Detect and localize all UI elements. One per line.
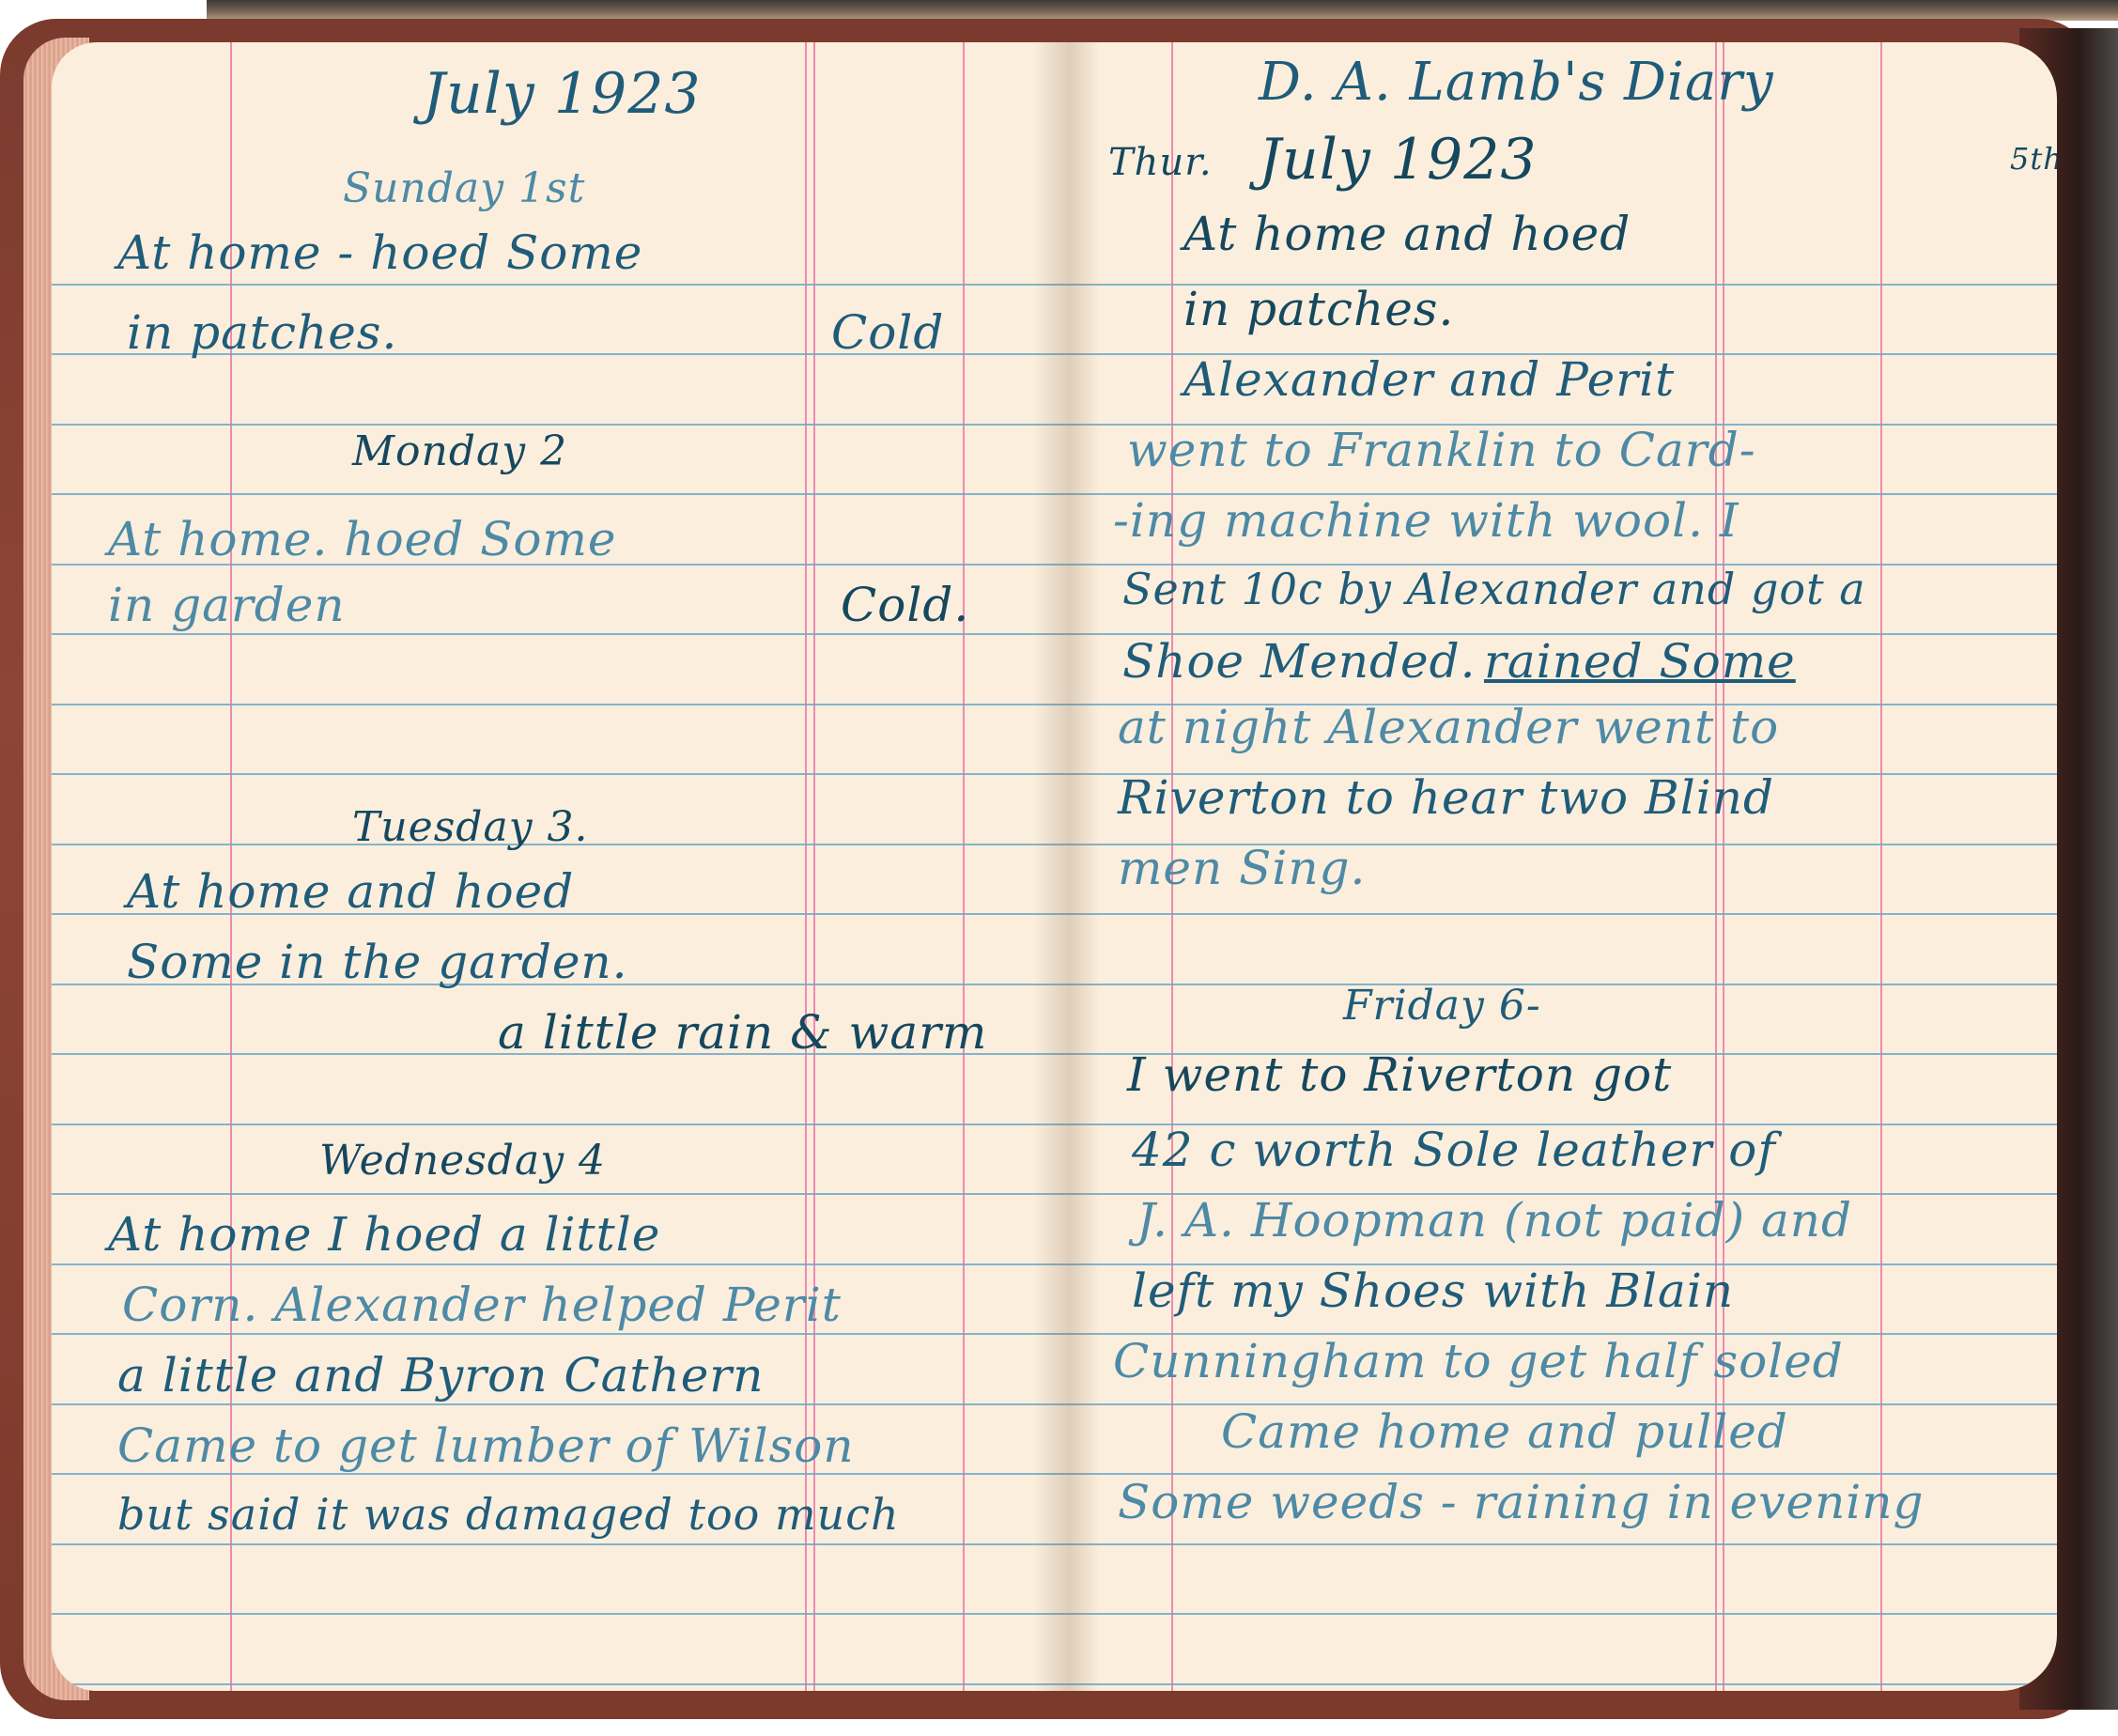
ruled-line (1061, 1543, 2057, 1545)
ruled-line (1061, 913, 2057, 915)
left-page: July 1923 Sunday 1st At home - hoed Some… (52, 42, 1061, 1691)
entry-line: I went to Riverton got (1127, 1047, 1672, 1102)
entry-line: in patches. (127, 305, 397, 360)
entry-line: At home - hoed Some (117, 225, 642, 280)
ruled-line (52, 1193, 1061, 1195)
entry-line: in garden (108, 578, 346, 632)
page-header: July 1923 (423, 61, 702, 127)
entry-weather: Cold. (841, 578, 969, 632)
ruled-line (52, 1613, 1061, 1615)
entry-line: men Sing. (1118, 841, 1366, 895)
entry-line: At home and hoed (127, 864, 574, 919)
entry-weather: a little rain & warm (498, 1005, 987, 1060)
entry-line: 42 c worth Sole leather of (1132, 1123, 1776, 1177)
ruled-line (52, 1543, 1061, 1545)
margin-line (963, 42, 965, 1691)
entry-line: At home. hoed Some (108, 512, 616, 566)
ruled-line (52, 1124, 1061, 1125)
ruled-line (52, 1263, 1061, 1265)
ruled-line (52, 1473, 1061, 1475)
entry-line: Alexander and Perit (1183, 352, 1675, 407)
entry-line: J. A. Hoopman (not paid) and (1136, 1193, 1852, 1248)
ruled-line (1061, 1683, 2057, 1685)
entry-line: Came home and pulled (1221, 1404, 1788, 1459)
date-month-year: July 1923 (1259, 127, 1538, 193)
ruled-line (52, 493, 1061, 495)
entry-line: Sent 10c by Alexander and got a (1122, 564, 1866, 614)
entry-day-heading: Wednesday 4 (319, 1137, 606, 1185)
entry-day-heading: Monday 2 (352, 427, 567, 475)
entry-line: left my Shoes with Blain (1132, 1263, 1734, 1318)
entry-day-heading: Sunday 1st (343, 164, 585, 212)
ruled-line (52, 284, 1061, 286)
right-page: D. A. Lamb's Diary Thur. July 1923 5th A… (1061, 42, 2057, 1691)
ruled-line (52, 1403, 1061, 1405)
entry-day-heading: Friday 6- (1343, 982, 1541, 1030)
entry-line: Some in the garden. (127, 935, 628, 989)
ruled-line (1061, 984, 2057, 985)
ruled-line (52, 704, 1061, 705)
entry-line: went to Franklin to Card- (1127, 423, 1756, 477)
ruled-line (52, 773, 1061, 775)
entry-line: a little and Byron Cathern (117, 1348, 764, 1403)
entry-line: Cunningham to get half soled (1113, 1334, 1844, 1388)
date-day-abbr: Thur. (1108, 141, 1213, 184)
scanner-top-edge (207, 0, 2118, 21)
entry-line: Some weeds - raining in evening (1118, 1475, 1925, 1529)
entry-line: -ing machine with wool. I (1113, 493, 1739, 548)
entry-line: in patches. (1183, 282, 1454, 336)
entry-line: At home and hoed (1183, 207, 1631, 261)
entry-line: Shoe Mended. (1122, 634, 1476, 689)
diary-title: D. A. Lamb's Diary (1259, 52, 1774, 113)
margin-line (1880, 42, 1882, 1691)
entry-line: at night Alexander went to (1118, 700, 1779, 754)
entry-line: At home I hoed a little (108, 1207, 660, 1262)
entry-weather: Cold (831, 305, 944, 360)
ruled-line (52, 1683, 1061, 1685)
entry-line-underlined: rained Some (1484, 634, 1796, 689)
entry-line: Riverton to hear two Blind (1118, 770, 1774, 825)
ruled-line (52, 633, 1061, 635)
entry-day-heading: Tuesday 3. (352, 803, 589, 851)
entry-line: Corn. Alexander helped Perit (122, 1278, 842, 1332)
ruled-line (1061, 1613, 2057, 1615)
entry-line: Came to get lumber of Wilson (117, 1418, 855, 1473)
entry-line: but said it was damaged too much (117, 1489, 900, 1540)
ruled-line (52, 1333, 1061, 1335)
date-day-number: 5th (2010, 141, 2057, 177)
ruled-line (52, 424, 1061, 426)
